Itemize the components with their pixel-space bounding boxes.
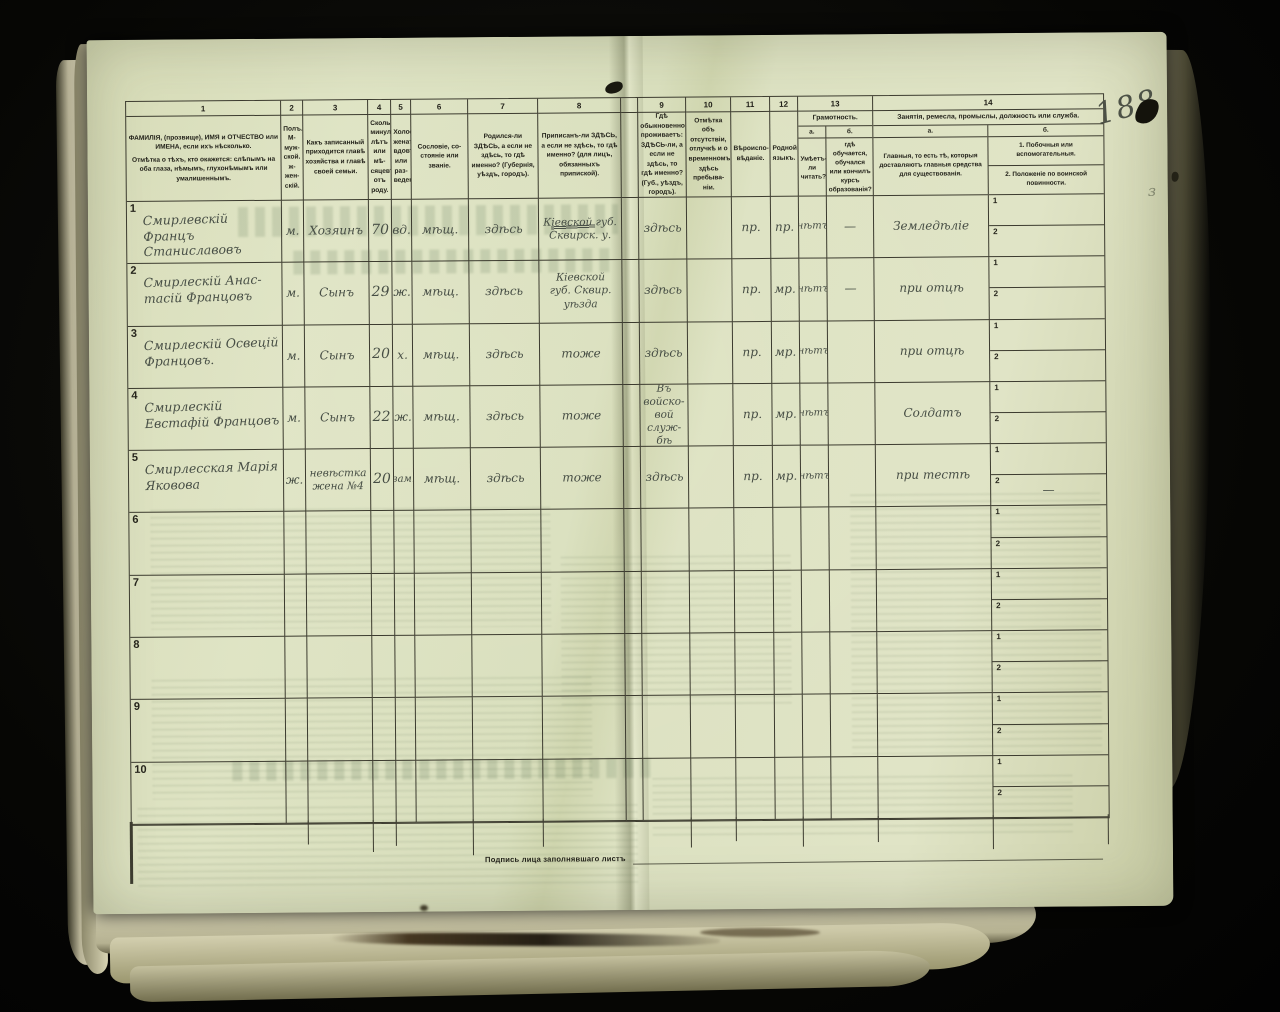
cell-residence: здѣсь — [644, 283, 682, 298]
row-number: 9 — [134, 701, 140, 713]
cell-birthplace: здѣсь — [486, 471, 524, 486]
side-label-2: 2 — [997, 788, 1002, 797]
cell-age: 20 — [373, 471, 391, 489]
column-stub — [878, 816, 879, 842]
cell-name: Смирлескій Анас- тасій Францовъ — [127, 263, 282, 307]
gutter-spacer — [622, 260, 639, 322]
cell-age: 29 — [372, 284, 390, 302]
col-number: 10 — [686, 97, 731, 112]
occupation-a-text: Главныя, то есть тѣ, которыя доставляютъ… — [873, 137, 988, 195]
cell-birthplace: здѣсь — [486, 409, 524, 424]
gutter-spacer — [621, 98, 638, 113]
cell-reads: нѣтъ — [799, 221, 827, 234]
col-number: 11 — [731, 97, 770, 112]
header-relation: Какъ записанный при­ходится главѣ хозяй­… — [303, 115, 369, 201]
table-row: 1Смирлевскій Францъ Станиславовъ м. Хозя… — [127, 194, 1104, 264]
side-label-2: 2 — [997, 663, 1002, 672]
side-label-1: 1 — [993, 196, 998, 205]
cell-reads: нѣтъ — [800, 345, 828, 358]
occupation-b-label: б. — [988, 124, 1103, 136]
header-name-line2: Отмѣтка о тѣхъ, кто окажется: слѣпымъ на… — [128, 154, 278, 184]
side-label-1: 1 — [997, 694, 1002, 703]
column-stub — [736, 817, 737, 841]
cell-language: мр. — [776, 469, 798, 484]
cell-residence: здѣсь — [645, 345, 683, 360]
header-registration: Приписанъ-ли ЗДѢСЬ, а если не здѣсь, то … — [538, 113, 622, 199]
cell-language: мр. — [775, 344, 797, 359]
column-stub — [1108, 814, 1109, 844]
census-table: 1 2 3 4 5 6 7 8 9 10 11 12 13 14 ФАМИЛІЯ… — [125, 93, 1110, 826]
cell-sex: м. — [287, 348, 301, 363]
literacy-title: Грамотность. — [798, 111, 872, 126]
side-label-2: 2 — [994, 352, 999, 361]
side-label-2: 2 — [994, 290, 999, 299]
cell-estate: мѣщ. — [422, 222, 458, 237]
header-sex: Полъ. М-муж­ской. ж-жен­скій. — [281, 116, 304, 201]
literacy-b-label: б. — [826, 126, 873, 138]
header-name-line1: ФАМИЛІЯ, (прозвище), ИМЯ и ОТЧЕСТВО или … — [128, 132, 278, 152]
cell-estate: мѣщ. — [424, 472, 460, 487]
col-number: 9 — [638, 98, 686, 113]
side-label-1: 1 — [995, 508, 1000, 517]
col-number: 12 — [770, 97, 798, 112]
cell-residence: Въ войско- вой служ- бѣ — [640, 384, 687, 447]
header-estate: Сословіе, со­стояніе или зва­ніе. — [411, 114, 469, 199]
col-number: 1 — [126, 101, 281, 117]
col-number: 4 — [368, 100, 391, 115]
cell-language: мр. — [775, 407, 797, 422]
cell-estate: мѣщ. — [423, 409, 459, 424]
cell-language: пр. — [775, 220, 794, 235]
cell-religion: пр. — [742, 282, 761, 297]
cell-occupation: Солдатъ — [903, 405, 961, 420]
cell-religion: пр. — [743, 407, 762, 422]
occupation-b1: 1. Побочныя или вспомогательныя. — [988, 137, 1103, 167]
side-label-1: 1 — [995, 445, 1000, 454]
cell-reads: нѣтъ — [800, 408, 828, 421]
header-absence: Отмѣтка объ отсутствіи, отлучкѣ и о врем… — [686, 112, 732, 197]
cell-relation: Сынъ — [320, 348, 355, 363]
cell-occupation: при тестѣ — [896, 468, 970, 484]
literacy-a-label: а. — [798, 126, 826, 138]
col-number: 5 — [391, 100, 411, 115]
col-number: 6 — [411, 99, 468, 114]
gutter-spacer — [626, 759, 643, 821]
gutter-spacer — [624, 509, 641, 571]
column-stub — [396, 820, 397, 846]
cell-occupation: при отцѣ — [899, 281, 964, 297]
header-age: Сколько минуло лѣтъ или мѣ­сяцевъ отъ ро… — [368, 115, 392, 200]
scorched-page-edge — [420, 905, 428, 911]
cell-registration: тоже — [562, 408, 601, 423]
cell-birthplace: здѣсь — [486, 347, 524, 362]
cell-educated: — — [845, 282, 857, 297]
cell-name: Смирлескій Евстафій Францовъ — [128, 388, 283, 432]
faint-pencil-mark: з — [1148, 182, 1156, 200]
header-literacy-group: Грамотность. а. б. Умѣетъ-ли читать? гдѣ… — [798, 111, 874, 197]
header-marital: Холостъ, женатъ, вдовъ или раз­веденъ. — [391, 115, 412, 200]
cell-religion: пр. — [741, 220, 760, 235]
side-label-1: 1 — [994, 383, 999, 392]
side-label-1: 1 — [996, 570, 1001, 579]
cell-marital: вд. — [392, 223, 411, 238]
gutter-spacer — [623, 323, 640, 385]
col-number: 8 — [538, 98, 621, 114]
cell-religion: пр. — [742, 345, 761, 360]
signature-label: Подпись лица заполнявшаго листъ — [485, 854, 645, 864]
row-number: 7 — [133, 577, 139, 589]
side-label-2: 2 — [995, 476, 1000, 485]
literacy-b-text: гдѣ обучается, обучался или кончилъ курс… — [826, 138, 873, 196]
cell-language: мр. — [774, 282, 796, 297]
col-number: 7 — [468, 99, 538, 115]
gutter-spacer — [626, 696, 643, 758]
cell-age: 70 — [371, 222, 389, 240]
cell-name: Смирлесская Марія Яковова — [129, 450, 284, 494]
side-label-2: 2 — [993, 227, 998, 236]
cell-name: Смирлескій Освецій Францовъ. — [128, 325, 283, 369]
table-row: 4Смирлескій Евстафій Францовъ м. Сынъ 22… — [128, 381, 1105, 451]
table-row: 8 12 — [130, 630, 1107, 700]
header-birthplace: Родился-ли ЗДѢСЬ, а если не здѣсь, то гд… — [468, 114, 539, 200]
gutter-spacer — [625, 572, 642, 634]
gutter-spacer — [621, 113, 639, 198]
table-row: 2Смирлескій Анас- тасій Францовъ м. Сынъ… — [127, 257, 1104, 327]
row-number: 8 — [133, 639, 139, 651]
cell-residence: здѣсь — [644, 221, 682, 236]
side-label-1: 1 — [994, 321, 999, 330]
census-form-sheet: 1 2 3 4 5 6 7 8 9 10 11 12 13 14 ФАМИЛІЯ… — [87, 32, 1174, 914]
col-number: 2 — [281, 101, 303, 116]
cell-side2: — — [1043, 483, 1055, 498]
cell-name: Смирлевскій Францъ Станиславовъ — [127, 201, 282, 261]
row-number: 10 — [134, 763, 146, 775]
ink-blot — [604, 80, 624, 95]
table-row: 6 12 — [129, 506, 1106, 576]
gutter-spacer — [624, 447, 641, 509]
side-label-2: 2 — [997, 726, 1002, 735]
header-occupation-group: Занятія, ремесла, промыслы, должность ил… — [873, 109, 1104, 196]
cell-marital: зам. — [394, 473, 414, 486]
side-label-1: 1 — [997, 757, 1002, 766]
literacy-a-text: Умѣетъ-ли читать? — [798, 139, 826, 197]
occupation-b-text: 1. Побочныя или вспомогательныя. 2. Поло… — [988, 137, 1103, 195]
cell-estate: мѣщ. — [422, 285, 458, 300]
cell-relation: Сынъ — [319, 286, 354, 301]
side-label-2: 2 — [996, 601, 1001, 610]
cell-birthplace: здѣсь — [485, 284, 523, 299]
cell-reads: нѣтъ — [801, 470, 829, 483]
book-photo: 1 2 3 4 5 6 7 8 9 10 11 12 13 14 ФАМИЛІЯ… — [0, 0, 1280, 1012]
cell-occupation: при отцѣ — [900, 343, 965, 359]
cell-registration: тоже — [562, 471, 601, 486]
cell-residence: здѣсь — [645, 470, 683, 485]
cell-relation: Хозяинъ — [309, 223, 363, 238]
table-row: 3Смирлескій Освецій Францовъ. м. Сынъ 20… — [128, 319, 1105, 389]
table-row: 7 12 — [130, 568, 1107, 638]
col-number: 13 — [798, 96, 873, 112]
occupation-a-label: а. — [873, 125, 988, 137]
gutter-spacer — [622, 198, 639, 260]
header-language: Родной языкъ. — [770, 112, 799, 197]
cell-marital: ж. — [393, 285, 411, 300]
cell-educated: — — [844, 219, 856, 234]
table-row: 9 12 — [131, 693, 1108, 763]
column-stub — [543, 819, 544, 847]
cell-sex: ж. — [286, 473, 304, 488]
header-religion: Вѣроиспо­вѣданіе. — [731, 112, 771, 197]
cell-registration: тоже — [561, 346, 600, 361]
cell-marital: ж. — [394, 410, 412, 425]
header-residence: Гдѣ обыкновенно проживаетъ: ЗДѢСЬ-ли, а … — [638, 113, 687, 198]
gutter-spacer — [625, 634, 642, 696]
side-label-2: 2 — [995, 414, 1000, 423]
cell-relation: Сынъ — [320, 410, 355, 425]
cell-age: 20 — [372, 346, 390, 364]
cell-registration: Кіевской губ. Сквир. уѣзда — [550, 271, 612, 311]
cell-marital: х. — [397, 347, 408, 362]
header-name: ФАМИЛІЯ, (прозвище), ИМЯ и ОТЧЕСТВО или … — [126, 116, 282, 202]
cell-relation: невѣстка жена №4 — [310, 467, 367, 494]
side-label-1: 1 — [996, 632, 1001, 641]
side-label-1: 1 — [993, 258, 998, 267]
cell-religion: пр. — [743, 469, 762, 484]
cell-estate: мѣщ. — [423, 347, 459, 362]
table-row: 5Смирлесская Марія Яковова ж. невѣстка ж… — [129, 443, 1106, 513]
col-number: 3 — [303, 100, 368, 116]
header-band: ФАМИЛІЯ, (прозвище), ИМЯ и ОТЧЕСТВО или … — [126, 109, 1104, 202]
gutter-spacer — [623, 385, 640, 447]
table-row: 10 12 — [131, 755, 1108, 825]
table-edge-stub — [130, 822, 133, 884]
cell-age: 22 — [373, 409, 391, 427]
cell-sex: м. — [286, 286, 300, 301]
cell-sex: м. — [287, 411, 301, 426]
cell-occupation: Земледѣліе — [893, 218, 969, 234]
cell-sex: м. — [286, 224, 300, 239]
cell-reads: нѣтъ — [799, 283, 827, 296]
cell-birthplace: здѣсь — [485, 222, 523, 237]
signature-line — [633, 859, 1103, 865]
side-label-2: 2 — [996, 539, 1001, 548]
column-stub — [691, 818, 692, 848]
scorched-page-edge — [700, 928, 820, 937]
column-stub — [308, 821, 309, 845]
occupation-b2: 2. Положеніе по воинской повинности. — [989, 165, 1104, 194]
row-number: 6 — [132, 514, 138, 526]
